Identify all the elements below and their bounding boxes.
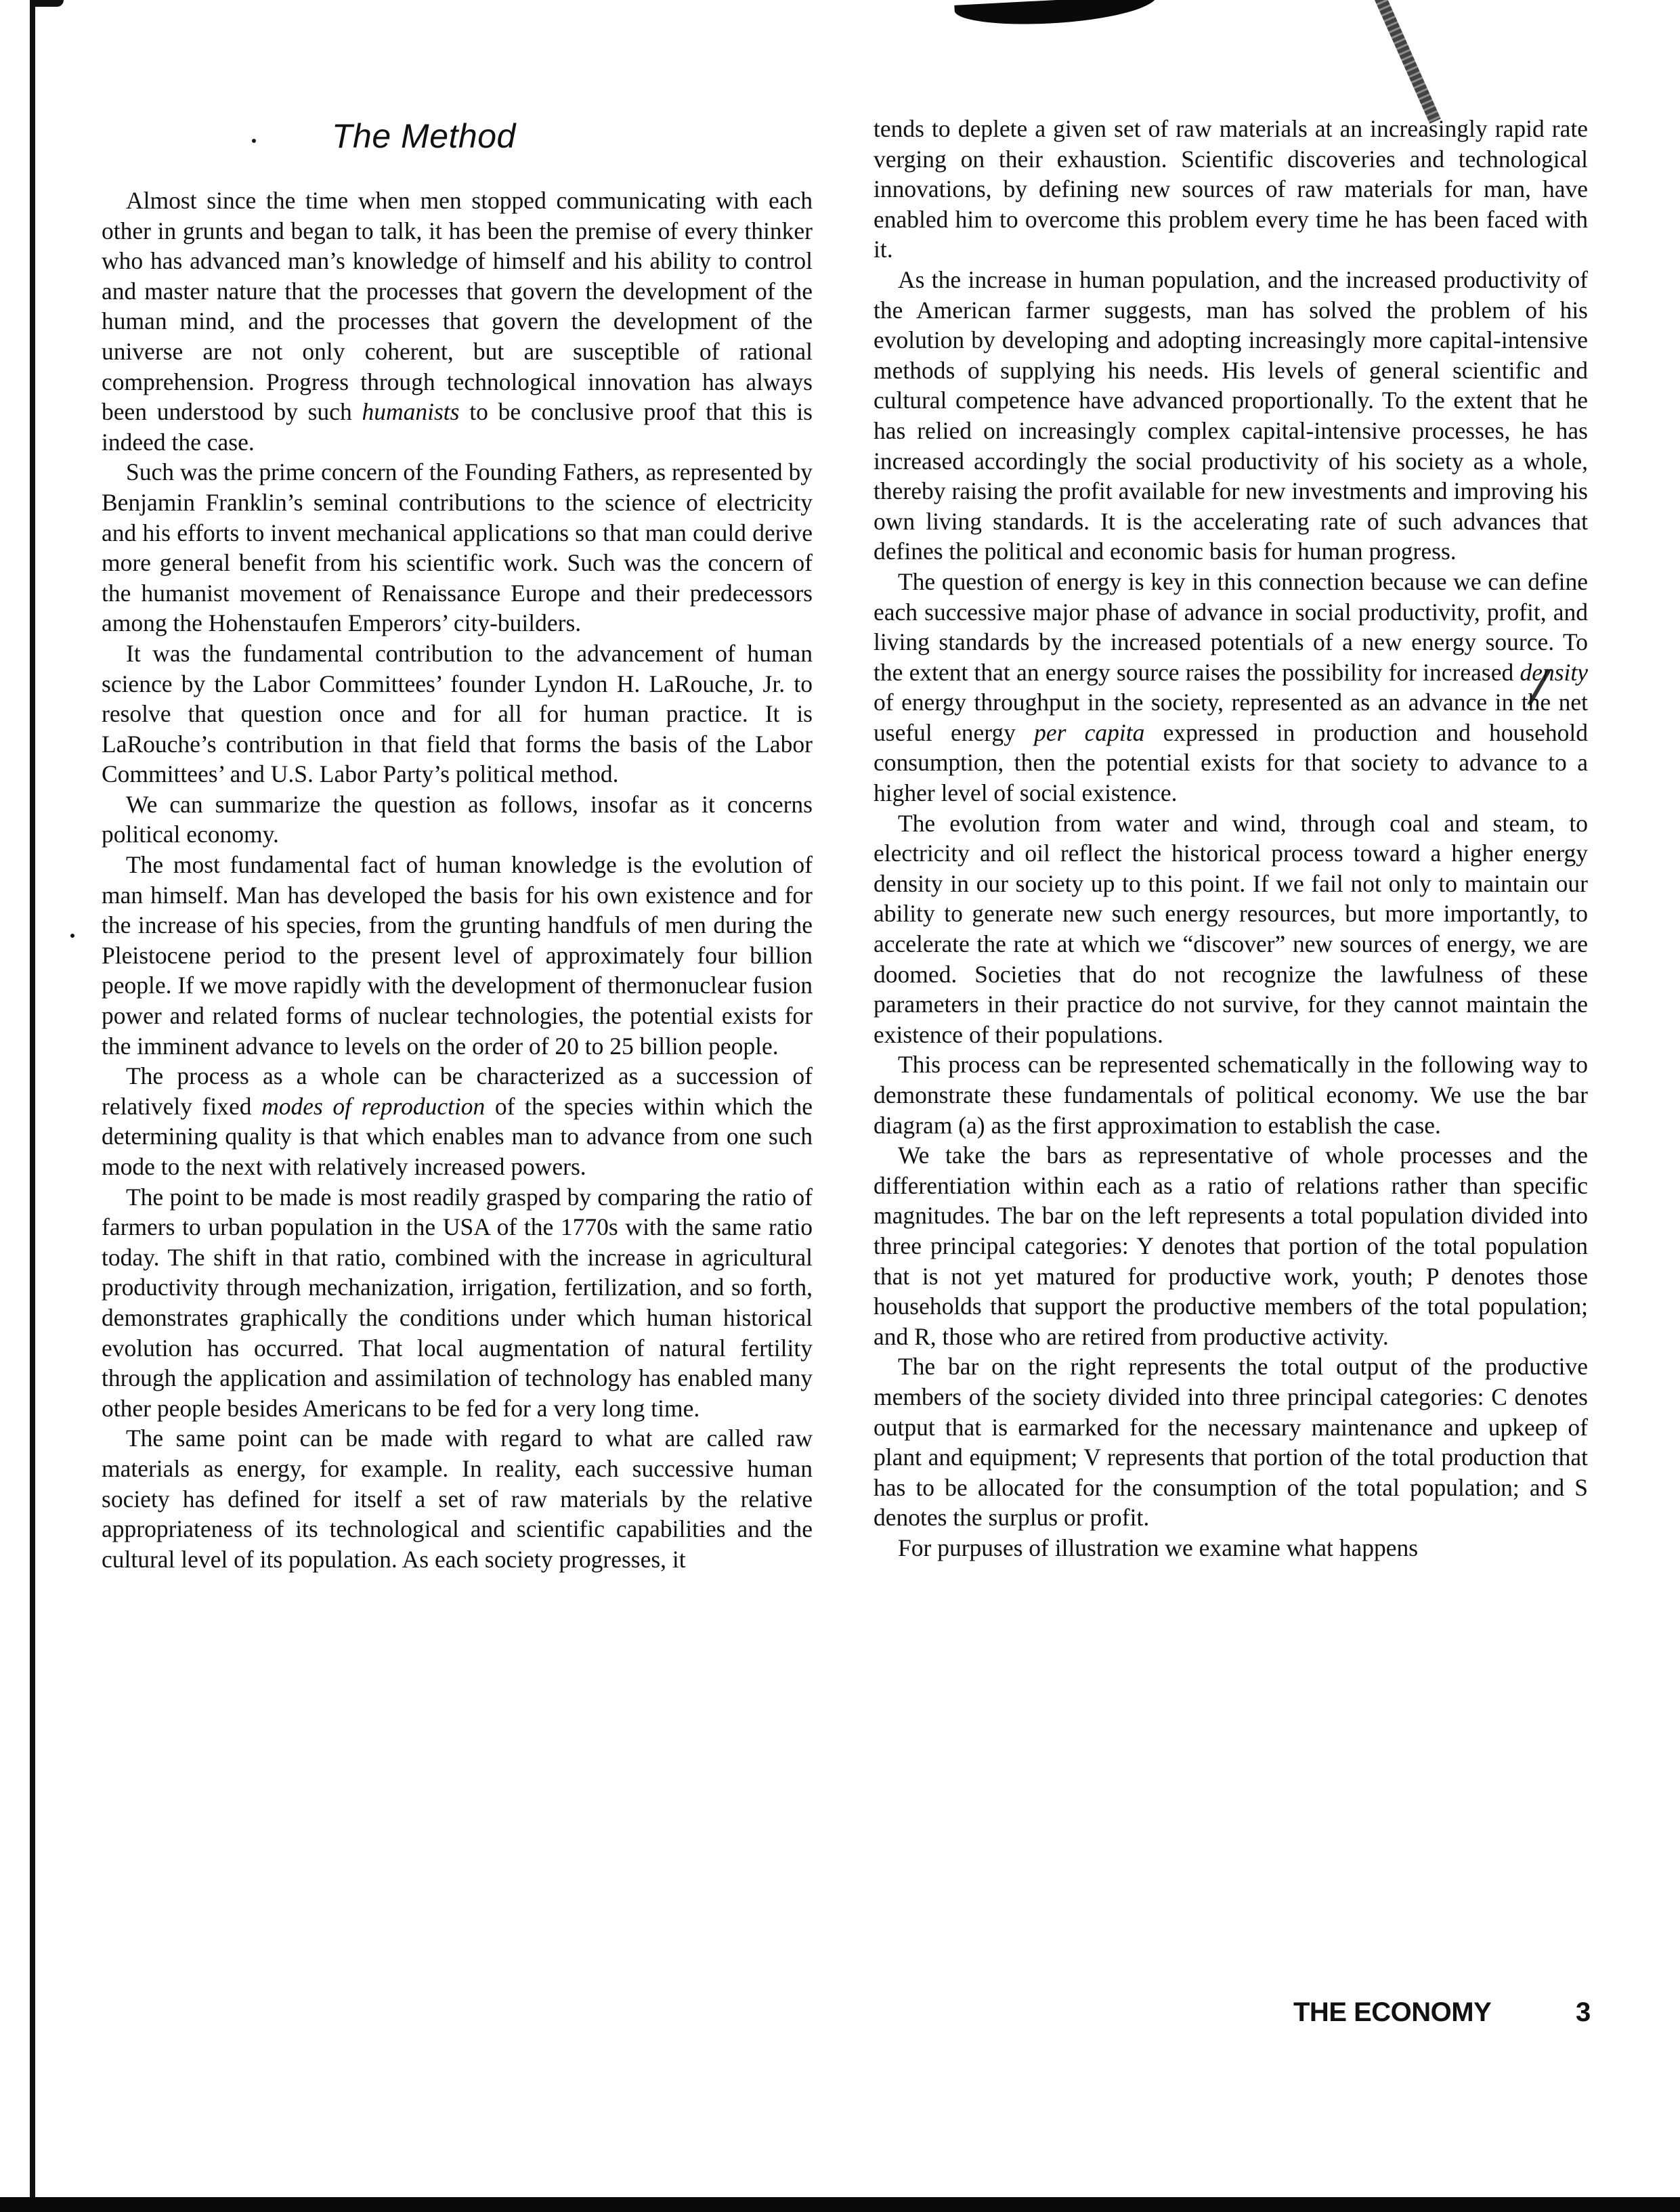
- paragraph: Such was the prime concern of the Foundi…: [102, 457, 813, 638]
- page-footer: THE ECONOMY 3: [1293, 1997, 1491, 2028]
- italic-text: density: [1520, 659, 1588, 686]
- paragraph: We take the bars as representative of wh…: [874, 1140, 1588, 1351]
- text-run: For purpuses of illustration we examine …: [898, 1534, 1418, 1561]
- text-run: The most fundamental fact of human knowl…: [102, 851, 813, 1060]
- text-run: We can summarize the question as follows…: [102, 791, 813, 848]
- paragraph: The question of energy is key in this co…: [874, 567, 1588, 808]
- scan-smudge: [954, 0, 1158, 28]
- italic-text: per capita: [1034, 719, 1144, 746]
- text-run: The bar on the right represents the tota…: [874, 1353, 1588, 1531]
- stray-dot: [252, 139, 256, 143]
- scan-edge-bottom: [0, 2197, 1680, 2212]
- document-page: The Method Almost since the time when me…: [0, 0, 1680, 2212]
- article-title: The Method: [332, 116, 516, 156]
- text-run: tends to deplete a given set of raw mate…: [874, 115, 1588, 263]
- section-label: THE ECONOMY: [1293, 1997, 1491, 2027]
- text-run: The point to be made is most readily gra…: [102, 1184, 813, 1422]
- scan-edge-left: [30, 0, 35, 2197]
- paragraph: The most fundamental fact of human knowl…: [102, 850, 813, 1061]
- text-run: Such was the prime concern of the Foundi…: [102, 458, 813, 636]
- italic-text: modes of reproduction: [261, 1093, 485, 1120]
- paragraph: The evolution from water and wind, throu…: [874, 808, 1588, 1050]
- paragraph: It was the fundamental contribution to t…: [102, 638, 813, 789]
- stray-dot: [70, 934, 74, 938]
- scan-edge-corner: [30, 0, 64, 7]
- left-column: Almost since the time when men stopped c…: [102, 186, 813, 1574]
- paragraph: The point to be made is most readily gra…: [102, 1182, 813, 1424]
- scan-smudge-diagonal: [1375, 0, 1441, 124]
- paragraph: This process can be represented schemati…: [874, 1049, 1588, 1140]
- text-run: We take the bars as representative of wh…: [874, 1142, 1588, 1350]
- paragraph: For purpuses of illustration we examine …: [874, 1533, 1588, 1563]
- right-column: tends to deplete a given set of raw mate…: [874, 114, 1588, 1563]
- paragraph: As the increase in human population, and…: [874, 265, 1588, 567]
- text-run: Almost since the time when men stopped c…: [102, 187, 813, 425]
- text-run: The question of energy is key in this co…: [874, 568, 1588, 686]
- text-run: The evolution from water and wind, throu…: [874, 810, 1588, 1048]
- text-run: The same point can be made with regard t…: [102, 1425, 813, 1572]
- paragraph: The bar on the right represents the tota…: [874, 1351, 1588, 1533]
- italic-text: humanists: [362, 398, 459, 425]
- text-run: As the increase in human population, and…: [874, 266, 1588, 565]
- paragraph: The process as a whole can be characteri…: [102, 1061, 813, 1181]
- text-run: It was the fundamental contribution to t…: [102, 640, 813, 787]
- paragraph: We can summarize the question as follows…: [102, 789, 813, 850]
- page-number: 3: [1576, 1997, 1591, 2028]
- text-run: This process can be represented schemati…: [874, 1051, 1588, 1138]
- paragraph: tends to deplete a given set of raw mate…: [874, 114, 1588, 265]
- paragraph: Almost since the time when men stopped c…: [102, 186, 813, 457]
- paragraph: The same point can be made with regard t…: [102, 1423, 813, 1574]
